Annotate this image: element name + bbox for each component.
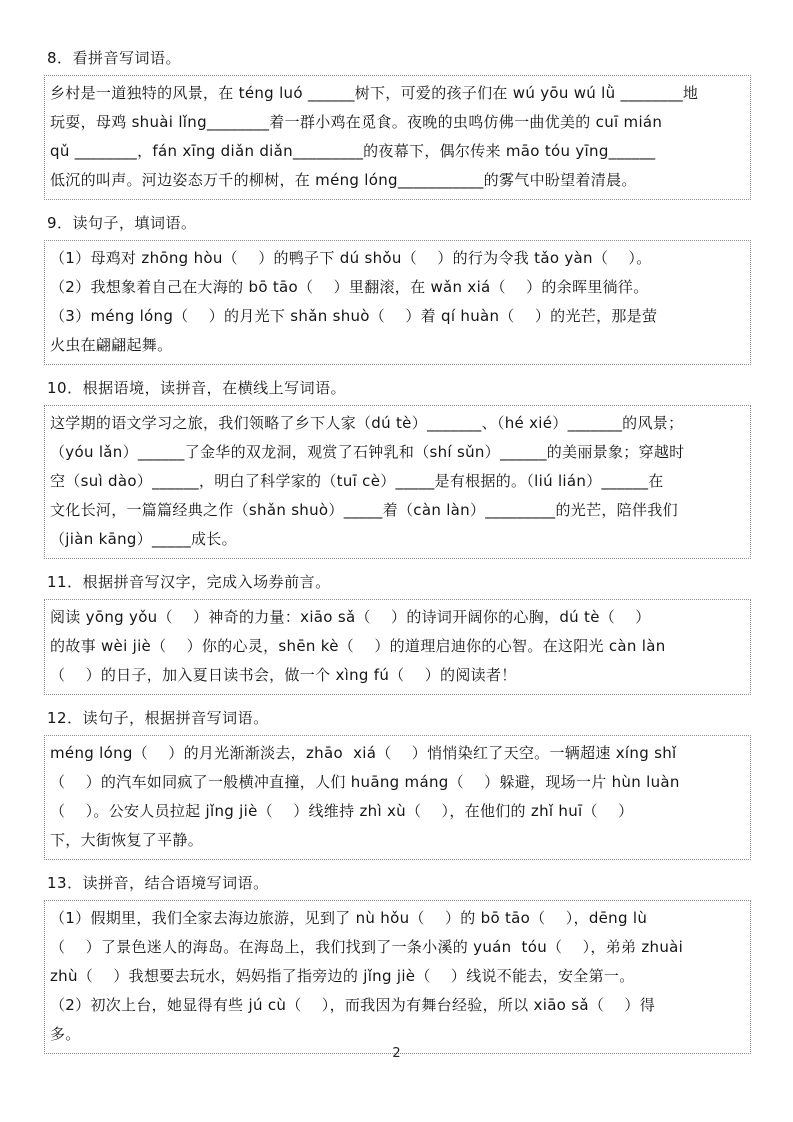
question-9-heading: 9．读句子，填词语。 bbox=[44, 209, 751, 237]
text-line: 乡村是一道独特的风景，在 téng luó ______树下，可爱的孩子们在 w… bbox=[50, 79, 745, 108]
question-10: 10．根据语境，读拼音，在横线上写词语。 这学期的语文学习之旅，我们领略了乡下人… bbox=[44, 374, 751, 559]
text-line: （yóu lǎn）______了金华的双龙洞，观赏了石钟乳和（shí sǔn）_… bbox=[50, 438, 745, 467]
text-line: （ ）。公安人员拉起 jǐng jiè（ ）线维持 zhì xù（ ），在他们的… bbox=[50, 797, 745, 826]
question-11-heading: 11．根据拼音写汉字，完成入场券前言。 bbox=[44, 568, 751, 596]
page-number: 2 bbox=[0, 1046, 793, 1061]
question-13: 13．读拼音，结合语境写词语。 （1）假期里，我们全家去海边旅游，见到了 nù … bbox=[44, 869, 751, 1054]
text-line: 阅读 yōng yǒu（ ）神奇的力量：xiāo sǎ（ ）的诗词开阔你的心胸，… bbox=[50, 603, 745, 632]
question-13-heading: 13．读拼音，结合语境写词语。 bbox=[44, 869, 751, 897]
text-line: 文化长河，一篇篇经典之作（shǎn shuò）_____着（càn làn）__… bbox=[50, 496, 745, 525]
text-line: （ ）了景色迷人的海岛。在海岛上，我们找到了一条小溪的 yuán tóu（ ），… bbox=[50, 933, 745, 962]
worksheet-page: 8．看拼音写词语。 乡村是一道独特的风景，在 téng luó ______树下… bbox=[0, 0, 793, 1122]
question-12-box: méng lóng（ ）的月光渐渐淡去，zhāo xiá（ ）悄悄染红了天空。一… bbox=[44, 735, 751, 860]
text-line: 玩耍，母鸡 shuài lǐng________着一群小鸡在觅食。夜晚的虫鸣仿佛… bbox=[50, 108, 745, 137]
text-line: 低沉的叫声。河边姿态万千的柳树，在 méng lóng___________的雾… bbox=[50, 166, 745, 195]
question-11-box: 阅读 yōng yǒu（ ）神奇的力量：xiāo sǎ（ ）的诗词开阔你的心胸，… bbox=[44, 599, 751, 695]
question-8: 8．看拼音写词语。 乡村是一道独特的风景，在 téng luó ______树下… bbox=[44, 44, 751, 200]
question-10-heading: 10．根据语境，读拼音，在横线上写词语。 bbox=[44, 374, 751, 402]
text-line: （2）我想象着自己在大海的 bō tāo（ ）里翻滚，在 wǎn xiá（ ）的… bbox=[50, 273, 745, 302]
text-line: 空（suì dào）______，明白了科学家的（tuī cè）_____是有根… bbox=[50, 467, 745, 496]
text-line: （1）母鸡对 zhōng hòu（ ）的鸭子下 dú shǒu（ ）的行为令我 … bbox=[50, 244, 745, 273]
text-line: （3）méng lóng（ ）的月光下 shǎn shuò（ ）着 qí huà… bbox=[50, 302, 745, 331]
text-line: （jiàn kāng）_____成长。 bbox=[50, 525, 745, 554]
question-12-heading: 12．读句子，根据拼音写词语。 bbox=[44, 704, 751, 732]
question-12: 12．读句子，根据拼音写词语。 méng lóng（ ）的月光渐渐淡去，zhāo… bbox=[44, 704, 751, 860]
text-line: 下，大街恢复了平静。 bbox=[50, 826, 745, 855]
question-10-box: 这学期的语文学习之旅，我们领略了乡下人家（dú tè）_______、（hé x… bbox=[44, 405, 751, 559]
text-line: 火虫在翩翩起舞。 bbox=[50, 331, 745, 360]
text-line: zhù（ ）我想要去玩水，妈妈指了指旁边的 jǐng jiè（ ）线说不能去，安… bbox=[50, 962, 745, 991]
text-line: qǔ ________，fán xīng diǎn diǎn_________的… bbox=[50, 137, 745, 166]
text-line: （ ）的日子，加入夏日读书会，做一个 xìng fú（ ）的阅读者！ bbox=[50, 661, 745, 690]
text-line: （2）初次上台，她显得有些 jú cù（ ），而我因为有舞台经验，所以 xiāo… bbox=[50, 991, 745, 1020]
question-9: 9．读句子，填词语。 （1）母鸡对 zhōng hòu（ ）的鸭子下 dú sh… bbox=[44, 209, 751, 365]
question-13-box: （1）假期里，我们全家去海边旅游，见到了 nù hǒu（ ）的 bō tāo（ … bbox=[44, 900, 751, 1054]
text-line: méng lóng（ ）的月光渐渐淡去，zhāo xiá（ ）悄悄染红了天空。一… bbox=[50, 739, 745, 768]
question-11: 11．根据拼音写汉字，完成入场券前言。 阅读 yōng yǒu（ ）神奇的力量：… bbox=[44, 568, 751, 695]
text-line: 这学期的语文学习之旅，我们领略了乡下人家（dú tè）_______、（hé x… bbox=[50, 409, 745, 438]
text-line: 的故事 wèi jiè（ ）你的心灵，shēn kè（ ）的道理启迪你的心智。在… bbox=[50, 632, 745, 661]
question-9-box: （1）母鸡对 zhōng hòu（ ）的鸭子下 dú shǒu（ ）的行为令我 … bbox=[44, 240, 751, 365]
text-line: 多。 bbox=[50, 1020, 745, 1049]
text-line: （ ）的汽车如同疯了一般横冲直撞，人们 huāng máng（ ）躲避，现场一片… bbox=[50, 768, 745, 797]
text-line: （1）假期里，我们全家去海边旅游，见到了 nù hǒu（ ）的 bō tāo（ … bbox=[50, 904, 745, 933]
question-8-box: 乡村是一道独特的风景，在 téng luó ______树下，可爱的孩子们在 w… bbox=[44, 75, 751, 200]
question-8-heading: 8．看拼音写词语。 bbox=[44, 44, 751, 72]
